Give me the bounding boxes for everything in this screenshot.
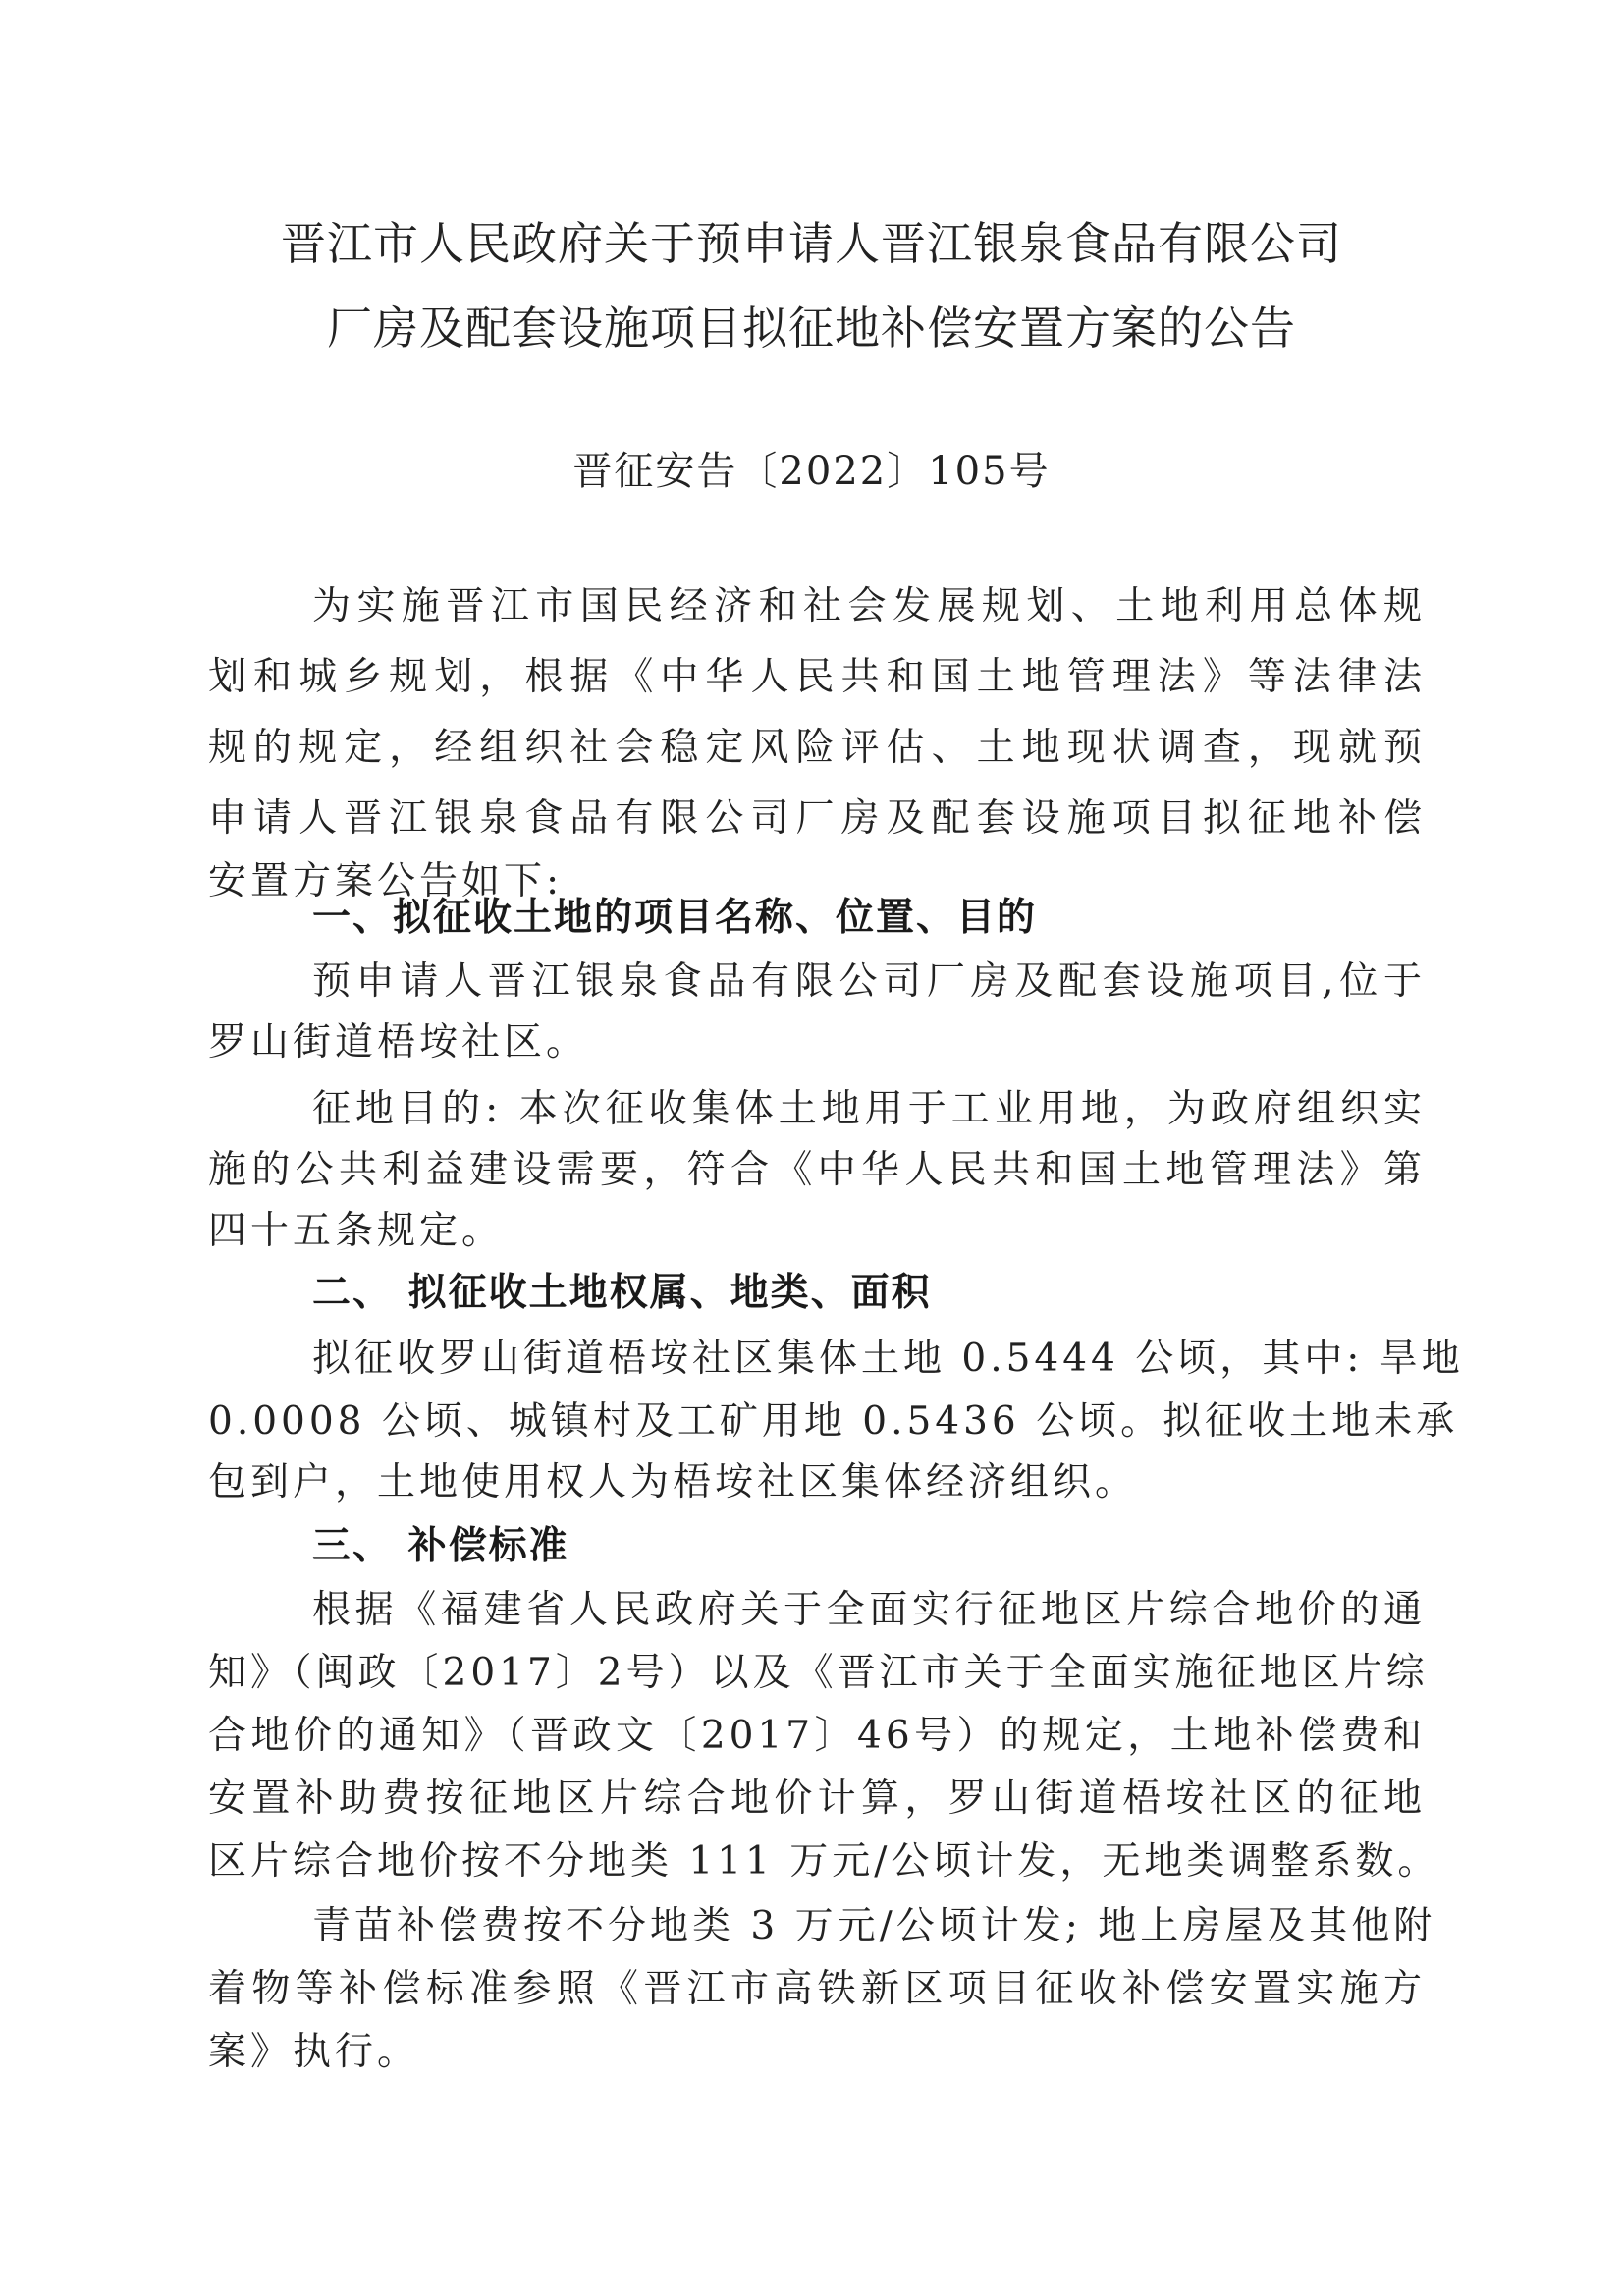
section-3-line: 案》执行。 <box>208 2021 1426 2076</box>
intro-line: 划和城乡规划，根据《中华人民共和国土地管理法》等法律法 <box>208 646 1426 701</box>
section-1-line: 预申请人晋江银泉食品有限公司厂房及配套设施项目,位于 <box>312 951 1426 1006</box>
section-1-line: 四十五条规定。 <box>208 1200 1426 1255</box>
section-3-line: 知》（闽政〔2017〕2号）以及《晋江市关于全面实施征地区片综 <box>208 1642 1426 1697</box>
document-number: 晋征安告〔2022〕105号 <box>0 440 1623 496</box>
section-heading-1: 一、拟征收土地的项目名称、位置、目的 <box>312 887 1037 942</box>
section-2-line: 拟征收罗山街道梧垵社区集体土地 0.5444 公顷，其中: 旱地 <box>312 1328 1426 1383</box>
section-heading-2: 二、 拟征收土地权属、地类、面积 <box>312 1262 932 1317</box>
section-3-line: 区片综合地价按不分地类 111 万元/公顷计发，无地类调整系数。 <box>208 1831 1426 1886</box>
section-heading-3: 三、 补偿标准 <box>312 1515 569 1570</box>
section-2-line: 0.0008 公顷、城镇村及工矿用地 0.5436 公顷。拟征收土地未承 <box>208 1391 1426 1446</box>
section-1-line: 征地目的: 本次征收集体土地用于工业用地，为政府组织实 <box>312 1078 1426 1133</box>
section-3-line: 根据《福建省人民政府关于全面实行征地区片综合地价的通 <box>312 1579 1426 1634</box>
section-1-line: 施的公共利益建设需要，符合《中华人民共和国土地管理法》第 <box>208 1139 1426 1194</box>
document-title-line-2: 厂房及配套设施项目拟征地补偿安置方案的公告 <box>0 293 1623 357</box>
section-3-line: 合地价的通知》（晋政文〔2017〕46号）的规定，土地补偿费和 <box>208 1705 1426 1760</box>
section-3-line: 安置补助费按征地区片综合地价计算，罗山街道梧垵社区的征地 <box>208 1768 1426 1823</box>
document-page: 晋江市人民政府关于预申请人晋江银泉食品有限公司 厂房及配套设施项目拟征地补偿安置… <box>0 0 1623 2296</box>
section-3-line: 着物等补偿标准参照《晋江市高铁新区项目征收补偿安置实施方 <box>208 1958 1426 2013</box>
intro-line: 规的规定，经组织社会稳定风险评估、土地现状调查，现就预 <box>208 717 1426 772</box>
document-title-line-1: 晋江市人民政府关于预申请人晋江银泉食品有限公司 <box>0 208 1623 273</box>
intro-line: 为实施晋江市国民经济和社会发展规划、土地利用总体规 <box>312 575 1426 630</box>
intro-line: 申请人晋江银泉食品有限公司厂房及配套设施项目拟征地补偿 <box>208 788 1426 843</box>
section-1-line: 罗山街道梧垵社区。 <box>208 1011 1426 1066</box>
section-2-line: 包到户，土地使用权人为梧垵社区集体经济组织。 <box>208 1451 1426 1506</box>
section-3-line: 青苗补偿费按不分地类 3 万元/公顷计发; 地上房屋及其他附 <box>312 1895 1426 1950</box>
